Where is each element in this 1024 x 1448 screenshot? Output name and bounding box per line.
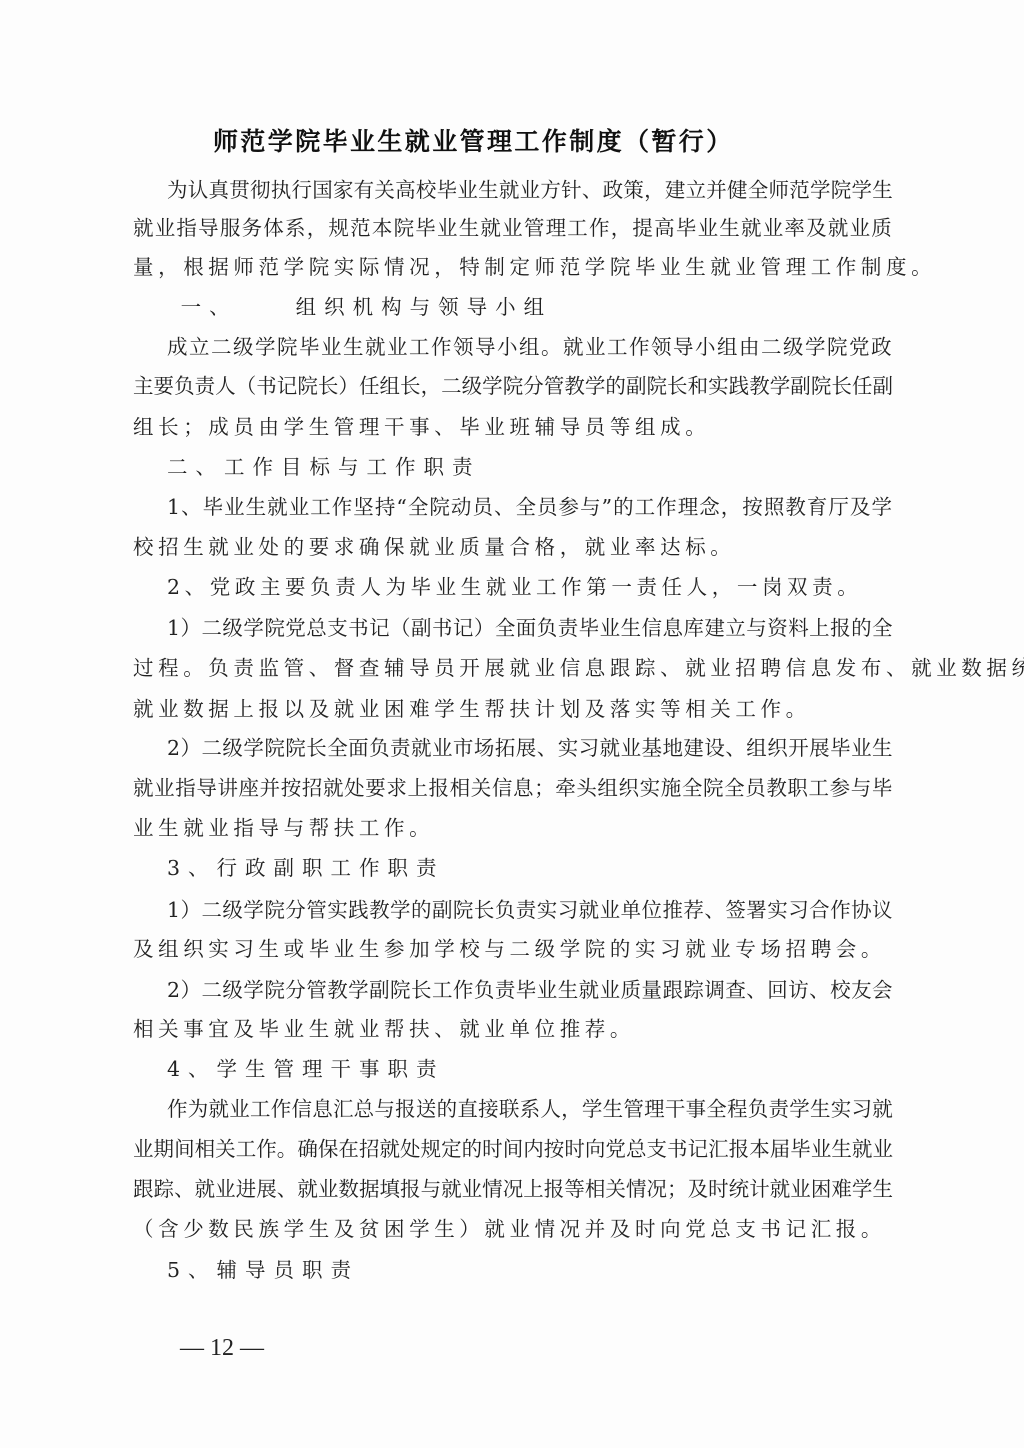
paragraph-line: 3、行政副职工作职责 (167, 851, 445, 881)
paragraph-line: 2）二级学院院长全面负责就业市场拓展、实习就业基地建设、组织开展毕业生 (167, 731, 893, 761)
paragraph-line: 相关事宜及毕业生就业帮扶、就业单位推荐。 (133, 1012, 635, 1042)
paragraph-line: 业生就业指导与帮扶工作。 (133, 811, 434, 841)
paragraph-line: 及组织实习生或毕业生参加学校与二级学院的实习就业专场招聘会。 (133, 932, 886, 962)
paragraph-line: 业期间相关工作。确保在招就处规定的时间内按时向党总支书记汇报本届毕业生就业 (133, 1132, 893, 1162)
paragraph-line: 4、学生管理干事职责 (167, 1052, 445, 1082)
paragraph-line: 就业指导讲座并按招就处要求上报相关信息；牵头组织实施全院全员教职工参与毕 (133, 771, 893, 801)
paragraph-line: 主要负责人（书记院长）任组长，二级学院分管教学的副院长和实践教学副院长任副 (133, 369, 893, 399)
paragraph-line: 跟踪、就业进展、就业数据填报与就业情况上报等相关情况；及时统计就业困难学生 (133, 1172, 893, 1202)
paragraph-line: 就业数据上报以及就业困难学生帮扶计划及落实等相关工作。 (133, 692, 811, 722)
paragraph-line: 一、 组织机构与领导小组 (181, 290, 553, 320)
paragraph-line: 1）二级学院分管实践教学的副院长负责实习就业单位推荐、签署实习合作协议 (167, 893, 893, 923)
paragraph-line: 校招生就业处的要求确保就业质量合格，就业率达标。 (133, 530, 735, 560)
paragraph-line: 5、辅导员职责 (167, 1253, 359, 1283)
page-number: — 12 — (180, 1335, 264, 1362)
paragraph-line: 2、党政主要负责人为毕业生就业工作第一责任人，一岗双责。 (167, 570, 862, 600)
paragraph-line: 二、工作目标与工作职责 (167, 450, 481, 480)
paragraph-line: 作为就业工作信息汇总与报送的直接联系人，学生管理干事全程负责学生实习就 (167, 1092, 893, 1122)
paragraph-line: 量，根据师范学院实际情况，特制定师范学院毕业生就业管理工作制度。 (133, 250, 936, 280)
paragraph-line: 1）二级学院党总支书记（副书记）全面负责毕业生信息库建立与资料上报的全 (167, 611, 893, 641)
paragraph-line: 过程。负责监管、督查辅导员开展就业信息跟踪、就业招聘信息发布、就业数据统计、 (133, 651, 1024, 681)
document-page: 师范学院毕业生就业管理工作制度（暂行） 为认真贯彻执行国家有关高校毕业生就业方针… (0, 0, 1024, 1448)
paragraph-line: （含少数民族学生及贫困学生）就业情况并及时向党总支书记汇报。 (133, 1212, 886, 1242)
paragraph-line: 为认真贯彻执行国家有关高校毕业生就业方针、政策，建立并健全师范学院学生 (167, 173, 893, 203)
paragraph-line: 2）二级学院分管教学副院长工作负责毕业生就业质量跟踪调查、回访、校友会 (167, 973, 893, 1003)
paragraph-line: 就业指导服务体系，规范本院毕业生就业管理工作，提高毕业生就业率及就业质 (133, 211, 893, 241)
paragraph-line: 1、毕业生就业工作坚持“全院动员、全员参与”的工作理念，按照教育厅及学 (167, 490, 893, 520)
paragraph-line: 成立二级学院毕业生就业工作领导小组。就业工作领导小组由二级学院党政 (167, 330, 893, 360)
paragraph-line: 组长；成员由学生管理干事、毕业班辅导员等组成。 (133, 410, 710, 440)
document-title: 师范学院毕业生就业管理工作制度（暂行） (213, 122, 734, 158)
